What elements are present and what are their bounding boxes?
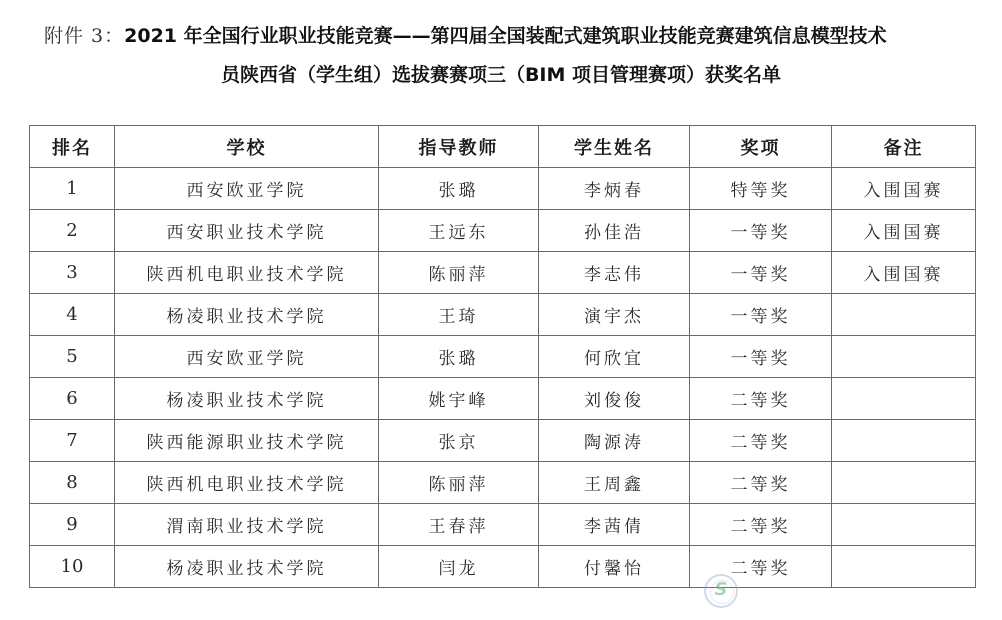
cell-school: 杨凌职业技术学院 <box>115 378 379 420</box>
cell-student: 刘俊俊 <box>539 378 690 420</box>
awards-table-container: 排名 学校 指导教师 学生姓名 奖项 备注 1 西安欧亚学院 张璐 李炳春 特等… <box>29 125 976 588</box>
cell-student: 付馨怡 <box>539 546 690 588</box>
table-row: 5 西安欧亚学院 张璐 何欣宜 一等奖 <box>30 336 976 378</box>
cell-student: 李炳春 <box>539 168 690 210</box>
title-main: 2021 年全国行业职业技能竞赛——第四届全国装配式建筑职业技能竞赛建筑信息模型… <box>124 25 887 47</box>
cell-note <box>832 336 976 378</box>
cell-award: 一等奖 <box>690 294 832 336</box>
table-row: 2 西安职业技术学院 王远东 孙佳浩 一等奖 入围国赛 <box>30 210 976 252</box>
cell-rank: 6 <box>30 378 115 420</box>
cell-teacher: 张璐 <box>379 168 539 210</box>
cell-rank: 4 <box>30 294 115 336</box>
cell-rank: 7 <box>30 420 115 462</box>
cell-note: 入围国赛 <box>832 210 976 252</box>
cell-teacher: 闫龙 <box>379 546 539 588</box>
cell-award: 一等奖 <box>690 336 832 378</box>
table-row: 9 渭南职业技术学院 王春萍 李茜倩 二等奖 <box>30 504 976 546</box>
cell-award: 二等奖 <box>690 462 832 504</box>
cell-teacher: 王春萍 <box>379 504 539 546</box>
cell-school: 陕西机电职业技术学院 <box>115 462 379 504</box>
cell-rank: 3 <box>30 252 115 294</box>
cell-teacher: 王远东 <box>379 210 539 252</box>
cell-student: 孙佳浩 <box>539 210 690 252</box>
table-row: 6 杨凌职业技术学院 姚宇峰 刘俊俊 二等奖 <box>30 378 976 420</box>
cell-rank: 2 <box>30 210 115 252</box>
cell-award: 一等奖 <box>690 252 832 294</box>
cell-note <box>832 378 976 420</box>
cell-student: 演宇杰 <box>539 294 690 336</box>
cell-note <box>832 420 976 462</box>
cell-teacher: 陈丽萍 <box>379 252 539 294</box>
cell-teacher: 王琦 <box>379 294 539 336</box>
cell-award: 二等奖 <box>690 420 832 462</box>
header-note: 备注 <box>832 126 976 168</box>
header-school: 学校 <box>115 126 379 168</box>
cell-school: 杨凌职业技术学院 <box>115 546 379 588</box>
circular-seal-logo-icon: S <box>704 574 738 608</box>
cell-note: 入围国赛 <box>832 168 976 210</box>
cell-student: 王周鑫 <box>539 462 690 504</box>
title-line-1: 附件 3：2021 年全国行业职业技能竞赛——第四届全国装配式建筑职业技能竞赛建… <box>44 24 887 48</box>
cell-rank: 8 <box>30 462 115 504</box>
table-row: 4 杨凌职业技术学院 王琦 演宇杰 一等奖 <box>30 294 976 336</box>
cell-school: 西安欧亚学院 <box>115 168 379 210</box>
cell-note <box>832 462 976 504</box>
cell-teacher: 陈丽萍 <box>379 462 539 504</box>
table-row: 1 西安欧亚学院 张璐 李炳春 特等奖 入围国赛 <box>30 168 976 210</box>
cell-rank: 9 <box>30 504 115 546</box>
header-student: 学生姓名 <box>539 126 690 168</box>
cell-school: 西安职业技术学院 <box>115 210 379 252</box>
table-row: 8 陕西机电职业技术学院 陈丽萍 王周鑫 二等奖 <box>30 462 976 504</box>
cell-teacher: 张京 <box>379 420 539 462</box>
cell-student: 陶源涛 <box>539 420 690 462</box>
cell-note <box>832 294 976 336</box>
cell-note: 入围国赛 <box>832 252 976 294</box>
cell-school: 西安欧亚学院 <box>115 336 379 378</box>
table-header-row: 排名 学校 指导教师 学生姓名 奖项 备注 <box>30 126 976 168</box>
cell-rank: 10 <box>30 546 115 588</box>
cell-teacher: 姚宇峰 <box>379 378 539 420</box>
cell-rank: 5 <box>30 336 115 378</box>
cell-school: 渭南职业技术学院 <box>115 504 379 546</box>
table-row: 10 杨凌职业技术学院 闫龙 付馨怡 二等奖 <box>30 546 976 588</box>
cell-school: 杨凌职业技术学院 <box>115 294 379 336</box>
awards-table: 排名 学校 指导教师 学生姓名 奖项 备注 1 西安欧亚学院 张璐 李炳春 特等… <box>29 125 976 588</box>
table-row: 7 陕西能源职业技术学院 张京 陶源涛 二等奖 <box>30 420 976 462</box>
attachment-label: 附件 3： <box>44 25 124 47</box>
cell-school: 陕西机电职业技术学院 <box>115 252 379 294</box>
title-line-2: 员陕西省（学生组）选拔赛赛项三（BIM 项目管理赛项）获奖名单 <box>0 63 1002 87</box>
cell-student: 李茜倩 <box>539 504 690 546</box>
seal-glyph: S <box>706 579 736 600</box>
header-teacher: 指导教师 <box>379 126 539 168</box>
cell-award: 一等奖 <box>690 210 832 252</box>
header-rank: 排名 <box>30 126 115 168</box>
cell-note <box>832 504 976 546</box>
cell-note <box>832 546 976 588</box>
cell-student: 何欣宜 <box>539 336 690 378</box>
table-row: 3 陕西机电职业技术学院 陈丽萍 李志伟 一等奖 入围国赛 <box>30 252 976 294</box>
cell-award: 特等奖 <box>690 168 832 210</box>
header-award: 奖项 <box>690 126 832 168</box>
cell-rank: 1 <box>30 168 115 210</box>
cell-award: 二等奖 <box>690 378 832 420</box>
cell-teacher: 张璐 <box>379 336 539 378</box>
cell-award: 二等奖 <box>690 504 832 546</box>
cell-school: 陕西能源职业技术学院 <box>115 420 379 462</box>
cell-student: 李志伟 <box>539 252 690 294</box>
